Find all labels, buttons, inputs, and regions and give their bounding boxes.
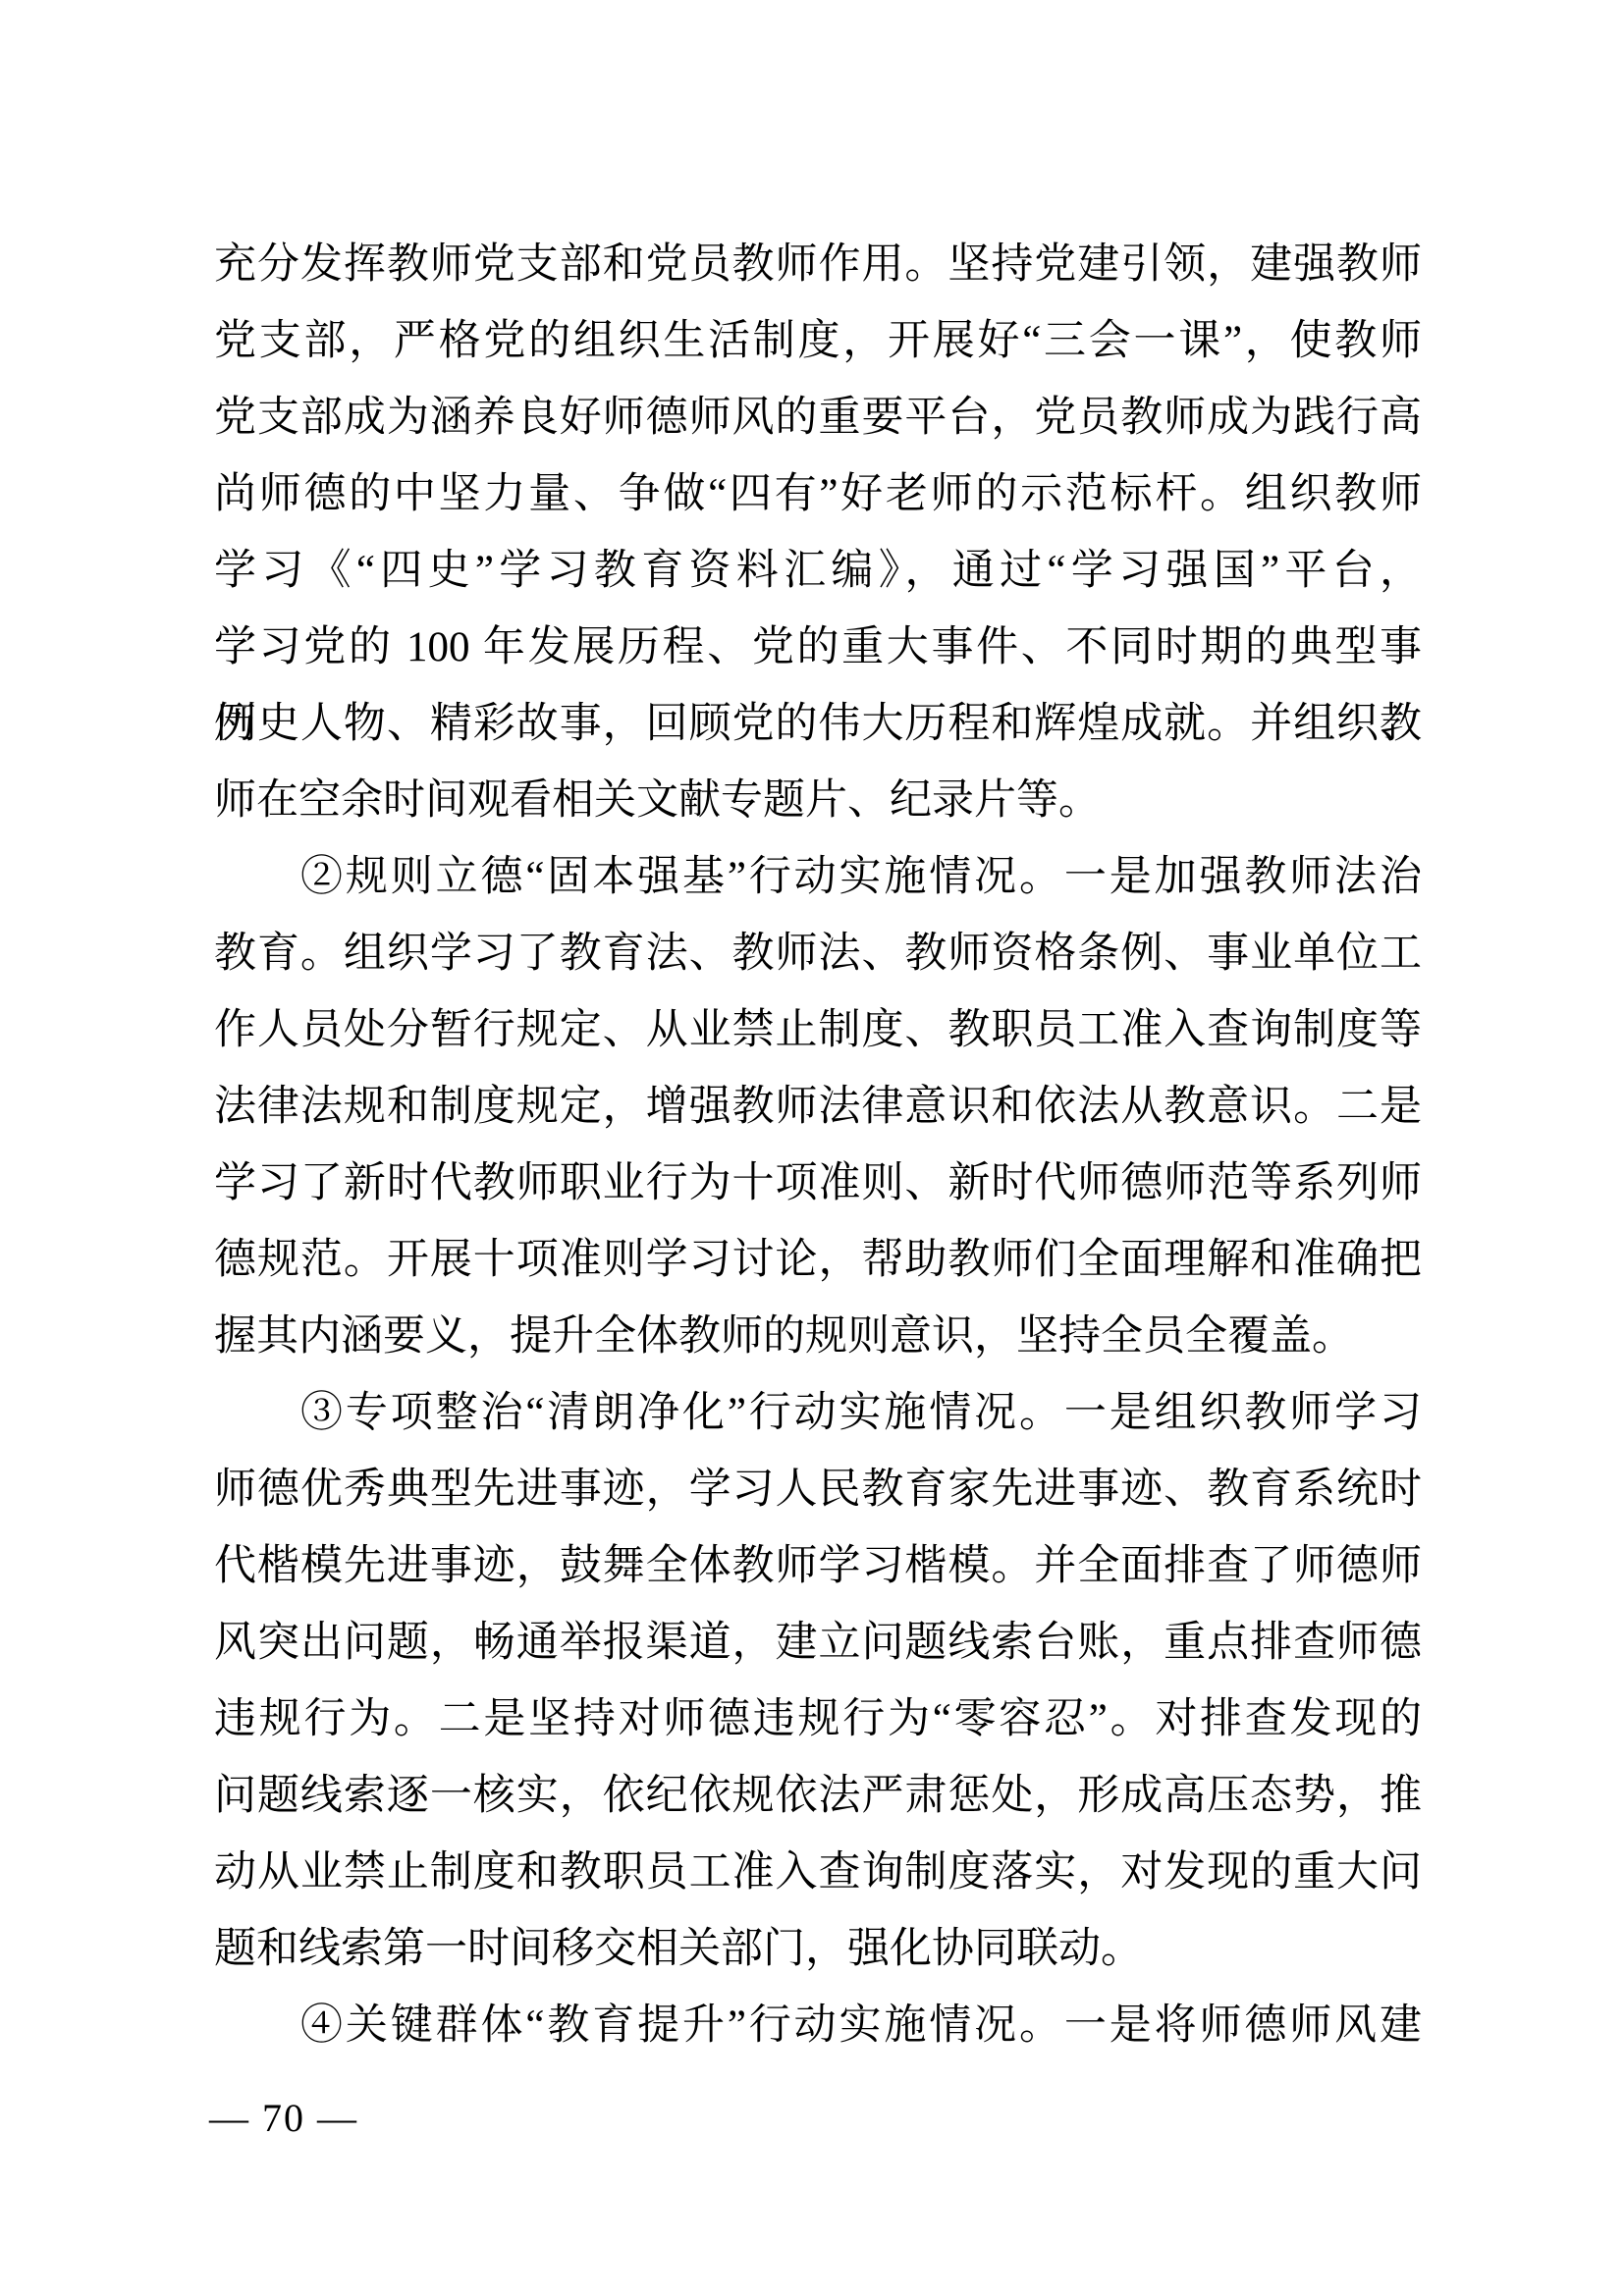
- text-line: ③专项整治“清朗净化”行动实施情况。一是组织教师学习: [214, 1375, 1422, 1452]
- paragraph: ④关键群体“教育提升”行动实施情况。一是将师德师风建: [214, 1988, 1422, 2064]
- text-line: ④关键群体“教育提升”行动实施情况。一是将师德师风建: [214, 1988, 1422, 2064]
- text-line: 尚师德的中坚力量、争做“四有”好老师的示范标杆。组织教师: [214, 456, 1422, 533]
- document-page: 充分发挥教师党支部和党员教师作用。坚持党建引领，建强教师党支部，严格党的组织生活…: [0, 0, 1624, 2296]
- text-line: 教育。组织学习了教育法、教师法、教师资格条例、事业单位工: [214, 916, 1422, 992]
- text-body: 充分发挥教师党支部和党员教师作用。坚持党建引领，建强教师党支部，严格党的组织生活…: [214, 227, 1422, 2064]
- text-line: 学习党的 100 年发展历程、党的重大事件、不同时期的典型事例、: [214, 610, 1422, 686]
- paragraph: ③专项整治“清朗净化”行动实施情况。一是组织教师学习师德优秀典型先进事迹，学习人…: [214, 1375, 1422, 1988]
- text-line: 代楷模先进事迹，鼓舞全体教师学习楷模。并全面排查了师德师: [214, 1528, 1422, 1605]
- text-line: 动从业禁止制度和教职员工准入查询制度落实，对发现的重大问: [214, 1835, 1422, 1911]
- page-number: — 70 —: [209, 2095, 358, 2142]
- text-line: 党支部成为涵养良好师德师风的重要平台，党员教师成为践行高: [214, 380, 1422, 456]
- text-line: 题和线索第一时间移交相关部门，强化协同联动。: [214, 1911, 1422, 1988]
- text-line: 德规范。开展十项准则学习讨论，帮助教师们全面理解和准确把: [214, 1222, 1422, 1299]
- text-line: 握其内涵要义，提升全体教师的规则意识，坚持全员全覆盖。: [214, 1299, 1422, 1375]
- text-line: 学习了新时代教师职业行为十项准则、新时代师德师范等系列师: [214, 1146, 1422, 1222]
- text-line: 师德优秀典型先进事迹，学习人民教育家先进事迹、教育系统时: [214, 1452, 1422, 1528]
- text-line: 党支部，严格党的组织生活制度，开展好“三会一课”，使教师: [214, 303, 1422, 380]
- text-line: 风突出问题，畅通举报渠道，建立问题线索台账，重点排查师德: [214, 1605, 1422, 1682]
- text-line: 违规行为。二是坚持对师德违规行为“零容忍”。对排查发现的: [214, 1682, 1422, 1758]
- paragraph: 充分发挥教师党支部和党员教师作用。坚持党建引领，建强教师党支部，严格党的组织生活…: [214, 227, 1422, 839]
- text-line: 历史人物、精彩故事，回顾党的伟大历程和辉煌成就。并组织教: [214, 686, 1422, 763]
- text-line: 学习《“四史”学习教育资料汇编》，通过“学习强国”平台，: [214, 533, 1422, 610]
- text-line: 问题线索逐一核实，依纪依规依法严肃惩处，形成高压态势，推: [214, 1758, 1422, 1835]
- text-line: 法律法规和制度规定，增强教师法律意识和依法从教意识。二是: [214, 1069, 1422, 1146]
- text-line: 充分发挥教师党支部和党员教师作用。坚持党建引领，建强教师: [214, 227, 1422, 303]
- text-line: 师在空余时间观看相关文献专题片、纪录片等。: [214, 763, 1422, 839]
- text-line: ②规则立德“固本强基”行动实施情况。一是加强教师法治: [214, 839, 1422, 916]
- paragraph: ②规则立德“固本强基”行动实施情况。一是加强教师法治教育。组织学习了教育法、教师…: [214, 839, 1422, 1375]
- text-line: 作人员处分暂行规定、从业禁止制度、教职员工准入查询制度等: [214, 992, 1422, 1069]
